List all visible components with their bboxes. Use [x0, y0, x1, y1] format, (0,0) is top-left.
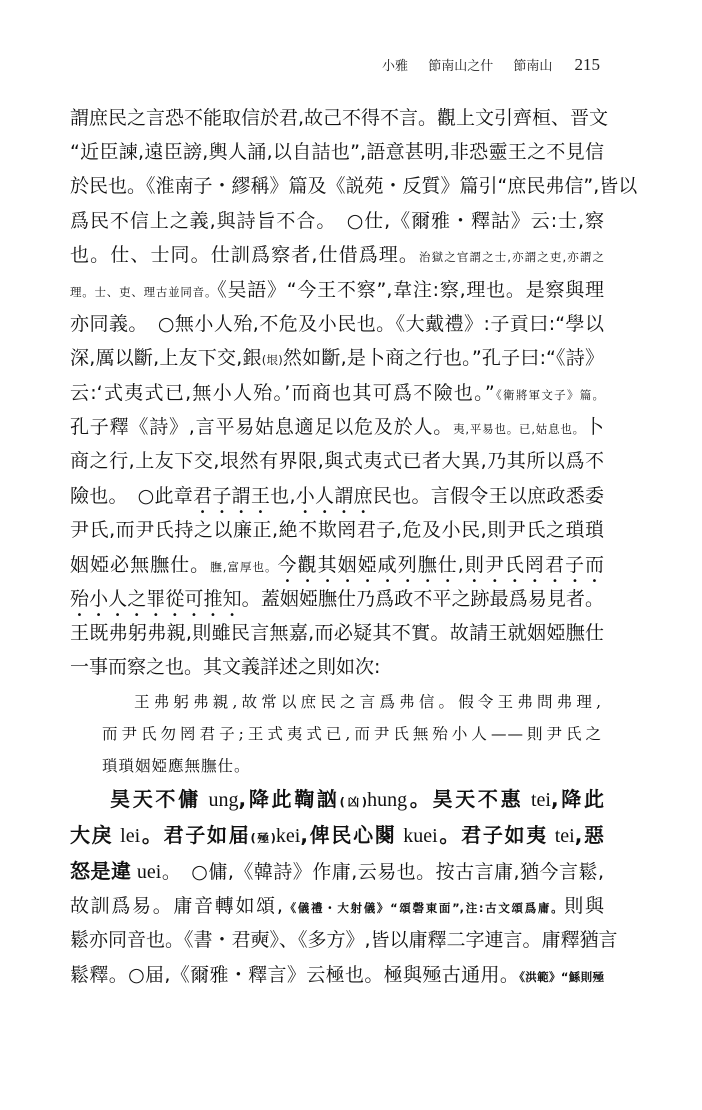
running-header: 小雅 節南山之什 節南山 215 [0, 55, 600, 75]
line-text: 鬆釋。○届,《爾雅・釋言》云極也。極與殛古通用。 [70, 964, 519, 986]
line-text: 而尹氏勿罔君子;王式夷式已,而尹氏無殆小人——則尹氏之 [102, 725, 602, 743]
line-text: 民也。言假令王以庶政悉委 [373, 485, 604, 507]
body-line: 王既弗躬弗親,則雖民言無嘉,而必疑其不實。故請王就姻婭膴仕 [70, 618, 604, 648]
inline-note: (凶) [340, 795, 367, 809]
line-text: 王既弗躬弗親,則雖民言無嘉,而必疑其不實。故請王就姻婭膴仕 [70, 622, 604, 644]
line-text: 姻婭必無膴仕。 [70, 554, 210, 576]
rhyme-romanization: tei [523, 789, 551, 811]
body-line: 深,厲以斷,上友下交,銀(垠)然如斷,是卜商之行也。”孔子曰:“《詩》 [70, 343, 604, 373]
header-poem: 節南山 [513, 59, 552, 74]
line-text: 故訓爲易。庸音轉如頌, [70, 895, 283, 917]
inline-note: 膴,富厚也。 [210, 560, 277, 574]
line-text: 瑣瑣姻婭應無膴仕。 [102, 757, 251, 775]
line-text: 云:‘式夷式已,無小人殆。’而商也其可爲不險也。” [70, 382, 495, 404]
body-line: 尹氏,而尹氏持之以廉正,絶不欺罔君子,危及小民,則尹氏之瑣瑣 [70, 515, 604, 545]
emphasized-text: 小人謂庶 [296, 485, 373, 507]
line-text: 。蓋姻婭膴仕乃爲政不平之跡最爲易見者。 [242, 588, 604, 610]
line-text: 尹氏,而尹氏持之以廉正,絶不欺罔君子,危及小民,則尹氏之瑣瑣 [70, 519, 604, 541]
line-text: 王弗躬弗親,故常以庶民之言爲弗信。假令王弗問弗理, [134, 693, 602, 711]
inline-note: 《儀禮・大射儀》“頌磬東面”,注:古文頌爲庸。 [283, 901, 564, 915]
line-text: 孔子釋《詩》,言平易姑息適足以危及於人。 [70, 416, 453, 438]
line-text: 於民也。《淮南子・繆稱》篇及《説苑・反質》篇引“庶民弗信”,皆以 [70, 175, 637, 197]
inline-note: (垠) [262, 353, 283, 367]
verse-text: 。昊天不惠 [407, 787, 523, 811]
paraphrase-line: 王弗躬弗親,故常以庶民之言爲弗信。假令王弗問弗理, [134, 688, 602, 716]
body-line: 鬆亦同音也。《書・君奭》、《多方》,皆以庸釋二字連言。庸釋猶言 [70, 925, 604, 955]
emphasized-text: 殆小人之罪從可推知 [70, 588, 242, 610]
line-text: 鬆亦同音也。《書・君奭》、《多方》,皆以庸釋二字連言。庸釋猶言 [70, 929, 618, 951]
verse-line: 怒是違 uei。 ○傭,《韓詩》作庸,云易也。按古言庸,猶今言鬆, [70, 854, 604, 888]
line-text: 。 ○傭,《韓詩》作庸,云易也。按古言庸,猶今言鬆, [161, 861, 604, 883]
inline-note: 理。士、吏、理古並同音。 [70, 285, 217, 299]
line-text: 卜 [585, 416, 604, 438]
line-text: 深,厲以斷,上友下交,銀 [70, 347, 262, 369]
body-line: 謂庶民之言恐不能取信於君,故己不得不言。觀上文引齊桓、晋文 [70, 103, 604, 133]
line-text: 險也。 ○此章 [70, 485, 193, 507]
line-text: 然如斷,是卜商之行也。”孔子曰:“《詩》 [283, 347, 604, 369]
verse-line: 大戾 lei。君子如届(殛)kei,俾民心闋 kuei。君子如夷 tei,惡 [70, 818, 604, 852]
line-text: 則與 [564, 895, 604, 917]
inline-note: (殛) [250, 831, 275, 845]
line-text: 亦同義。 ○無小人殆,不危及小民也。《大戴禮》:子貢曰:“學以 [70, 313, 604, 335]
rhyme-romanization: tei [548, 825, 575, 847]
line-text: 爲民不信上之義,與詩旨不合。 ○仕,《爾雅・釋詁》云:士,察 [70, 210, 604, 232]
emphasized-text: 君子謂王 [193, 485, 270, 507]
verse-text: ,降此鞫訩 [239, 787, 340, 811]
rhyme-romanization: kuei [397, 825, 438, 847]
body-line: 商之行,上友下交,垠然有界限,與式夷式已者大異,乃其所以爲不 [70, 446, 604, 476]
verse-text: 。君子如夷 [438, 823, 548, 847]
verse-text: 怒是違 [70, 859, 131, 883]
line-text: 《吴語》“今王不察”,韋注:察,理也。是察與理 [217, 279, 604, 301]
body-line: 理。士、吏、理古並同音。《吴語》“今王不察”,韋注:察,理也。是察與理 [70, 275, 604, 305]
paraphrase-line: 瑣瑣姻婭應無膴仕。 [102, 752, 602, 780]
verse-text: 大戾 [70, 823, 113, 847]
header-chapter: 節南山之什 [428, 59, 493, 74]
line-text: 也。仕、士同。仕訓爲察者,仕借爲理。 [70, 244, 419, 266]
line-text: 謂庶民之言恐不能取信於君,故己不得不言。觀上文引齊桓、晋文 [70, 107, 608, 129]
inline-note: 《衛將軍文子》篇。 [495, 388, 604, 402]
body-line: 殆小人之罪從可推知。蓋姻婭膴仕乃爲政不平之跡最爲易見者。 [70, 584, 604, 614]
line-text: 商之行,上友下交,垠然有界限,與式夷式已者大異,乃其所以爲不 [70, 450, 604, 472]
rhyme-romanization: uei [131, 861, 161, 883]
body-line: 姻婭必無膴仕。膴,富厚也。今觀其姻婭咸列膴仕,則尹氏罔君子而 [70, 550, 604, 580]
line-text: “近臣諫,遠臣謗,輿人誦,以自詰也”,語意甚明,非恐靈王之不見信 [70, 141, 604, 163]
body-line: “近臣諫,遠臣謗,輿人誦,以自詰也”,語意甚明,非恐靈王之不見信 [70, 137, 604, 167]
header-section: 小雅 [382, 59, 408, 74]
verse-text: ,惡 [575, 823, 604, 847]
body-line: 鬆釋。○届,《爾雅・釋言》云極也。極與殛古通用。《洪範》“鯀則殛 [70, 960, 604, 990]
body-line: 險也。 ○此章君子謂王也,小人謂庶民也。言假令王以庶政悉委 [70, 481, 604, 511]
verse-text: 昊天不傭 [110, 787, 201, 811]
verse-text: ,降此 [551, 787, 604, 811]
verse-text: 。君子如届 [140, 823, 250, 847]
body-line: 故訓爲易。庸音轉如頌,《儀禮・大射儀》“頌磬東面”,注:古文頌爲庸。則與 [70, 891, 604, 921]
rhyme-romanization: kei [276, 825, 300, 847]
body-line: 一事而察之也。其文義詳述之則如次: [70, 652, 604, 682]
page-number: 215 [575, 55, 601, 74]
paraphrase-line: 而尹氏勿罔君子;王式夷式已,而尹氏無殆小人——則尹氏之 [102, 720, 602, 748]
inline-note: 夷,平易也。已,姑息也。 [453, 422, 585, 436]
line-text: 一事而察之也。其文義詳述之則如次: [70, 656, 380, 678]
rhyme-romanization: lei [113, 825, 140, 847]
verse-line: 昊天不傭 ung,降此鞫訩(凶)hung。昊天不惠 tei,降此 [110, 782, 604, 816]
body-line: 云:‘式夷式已,無小人殆。’而商也其可爲不險也。”《衛將軍文子》篇。 [70, 378, 604, 408]
body-line: 於民也。《淮南子・繆稱》篇及《説苑・反質》篇引“庶民弗信”,皆以 [70, 171, 604, 201]
emphasized-text: 今觀其姻婭咸列膴仕,則尹氏罔君子而 [278, 554, 604, 576]
rhyme-romanization: ung [201, 789, 239, 811]
body-line: 也。仕、士同。仕訓爲察者,仕借爲理。治獄之官謂之士,亦謂之吏,亦謂之 [70, 240, 604, 270]
inline-note: 治獄之官謂之士,亦謂之吏,亦謂之 [419, 250, 604, 264]
inline-note: 《洪範》“鯀則殛 [519, 970, 604, 984]
verse-text: ,俾民心闋 [300, 823, 396, 847]
body-line: 亦同義。 ○無小人殆,不危及小民也。《大戴禮》:子貢曰:“學以 [70, 309, 604, 339]
body-line: 爲民不信上之義,與詩旨不合。 ○仕,《爾雅・釋詁》云:士,察 [70, 206, 604, 236]
line-text: 也, [270, 485, 295, 507]
rhyme-romanization: hung [367, 789, 407, 811]
body-line: 孔子釋《詩》,言平易姑息適足以危及於人。夷,平易也。已,姑息也。卜 [70, 412, 604, 442]
